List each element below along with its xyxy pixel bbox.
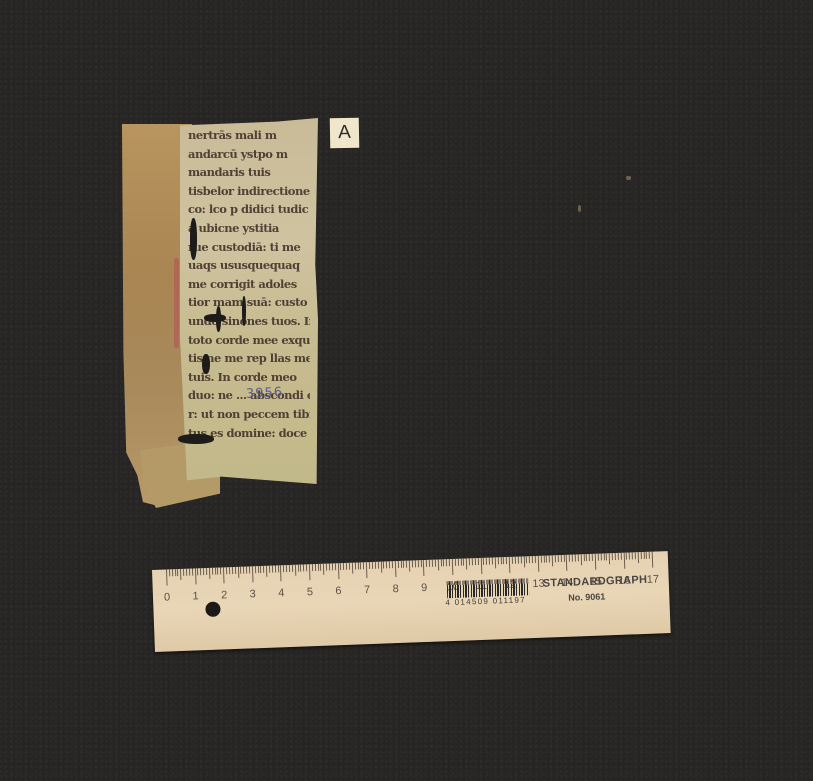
ruler-tick: [397, 561, 398, 568]
ruler-tick: [297, 565, 298, 572]
ruler-tick: [638, 552, 639, 563]
ruler-tick: [403, 561, 404, 568]
ruler-tick: [643, 552, 644, 559]
ruler-number: 5: [307, 586, 314, 598]
ruler-tick: [223, 567, 225, 583]
worm-hole: [190, 218, 197, 260]
ruler-tick: [409, 561, 410, 572]
ruler-tick: [437, 559, 438, 570]
ruler-tick: [423, 560, 425, 576]
ruler-tick: [518, 557, 519, 564]
ruler-tick: [532, 556, 533, 563]
text-line: mandaris tuis: [188, 163, 310, 182]
ruler-tick: [309, 564, 311, 580]
ruler-hanging-hole: [205, 602, 221, 618]
ruler-tick: [255, 566, 256, 573]
ruler-brand: STANDARDGRAPH: [543, 574, 648, 590]
ruler-tick: [495, 557, 496, 568]
scale-ruler: 01234567891011121314151617 4 014509 0111…: [152, 551, 671, 652]
text-line: tisbelor indirectione: [188, 182, 310, 201]
ruler-tick: [480, 558, 482, 574]
ruler-tick: [263, 566, 264, 573]
ruler-tick: [563, 555, 564, 562]
catalog-number: 3956: [246, 385, 284, 402]
text-line: toto corde mee exquisui: [188, 331, 310, 350]
ruler-tick: [395, 561, 397, 577]
worm-hole: [242, 296, 246, 326]
ruler-number: 7: [364, 584, 371, 596]
ruler-tick: [640, 552, 641, 559]
ruler-tick: [578, 554, 579, 561]
ruler-tick: [589, 554, 590, 561]
ruler-tick: [472, 558, 473, 565]
ruler-tick: [606, 553, 607, 560]
ruler-tick: [529, 556, 530, 563]
ruler-number: 0: [164, 591, 171, 603]
ruler-tick: [203, 568, 204, 575]
ruler-tick: [483, 558, 484, 565]
ruler-tick: [543, 556, 544, 563]
text-line: a ubicne ystitia: [188, 219, 310, 238]
ruler-tick: [283, 565, 284, 572]
ruler-tick: [460, 559, 461, 566]
ruler-tick: [292, 565, 293, 572]
ruler-number: 2: [221, 589, 228, 601]
ruler-tick: [598, 554, 599, 561]
ruler-tick: [469, 558, 470, 565]
ruler-tick: [426, 560, 427, 567]
ruler-tick: [509, 557, 511, 573]
ruler-tick: [458, 559, 459, 566]
rubric-stroke: [174, 258, 179, 348]
ruler-tick: [400, 561, 401, 568]
ruler-tick: [220, 567, 221, 574]
ruler-tick: [626, 553, 627, 560]
ruler-tick: [535, 556, 536, 563]
ruler-tick: [623, 553, 625, 569]
ruler-tick: [652, 552, 654, 568]
manuscript-fragment: nertrās mali m andarcū ystpo m mandaris …: [122, 118, 318, 510]
ruler-tick: [232, 567, 233, 574]
ruler-tick: [380, 562, 381, 573]
ruler-tick: [169, 569, 170, 576]
ruler-tick: [560, 555, 561, 562]
text-line: tior mam suā: custo: [188, 293, 310, 312]
ruler-tick: [463, 559, 464, 566]
ruler-tick: [192, 569, 193, 576]
ruler-tick: [337, 563, 339, 579]
ruler-tick: [266, 566, 267, 577]
ruler-tick: [226, 567, 227, 574]
ruler-tick: [246, 567, 247, 574]
ruler-tick: [569, 555, 570, 562]
ruler-tick: [306, 564, 307, 571]
ruler-tick: [195, 568, 197, 584]
ruler-tick: [383, 561, 384, 568]
ruler-tick: [572, 555, 573, 562]
ruler-tick: [286, 565, 287, 572]
ruler-tick: [375, 562, 376, 569]
ruler-tick: [346, 563, 347, 570]
ruler-tick: [343, 563, 344, 570]
ruler-tick: [177, 569, 178, 576]
barcode-digits: 4 014509 011197: [445, 595, 526, 607]
ruler-tick: [489, 558, 490, 565]
ruler-tick: [320, 564, 321, 571]
text-line: nertrās mali m: [188, 126, 310, 145]
ruler-tick: [586, 554, 587, 561]
ruler-tick: [237, 567, 238, 578]
ruler-tick: [392, 561, 393, 568]
ruler-tick: [609, 553, 610, 564]
ruler-tick: [506, 557, 507, 564]
ruler-tick: [315, 564, 316, 571]
ruler-tick: [200, 568, 201, 575]
worm-hole: [178, 434, 214, 444]
ruler-tick: [386, 561, 387, 568]
ruler-number: 9: [421, 582, 428, 594]
ruler-tick: [389, 561, 390, 568]
ruler-tick: [429, 560, 430, 567]
ruler-tick: [566, 555, 568, 571]
ruler-tick: [435, 560, 436, 567]
ruler-tick: [546, 556, 547, 563]
ruler-tick: [377, 562, 378, 569]
ruler-model: No. 9061: [568, 591, 605, 602]
ruler-tick: [592, 554, 593, 561]
ruler-tick: [172, 569, 173, 576]
ruler-tick: [189, 569, 190, 576]
ruler-tick: [363, 562, 364, 569]
ruler-tick: [540, 556, 541, 563]
ruler-tick: [340, 563, 341, 570]
ruler-tick: [649, 552, 650, 559]
text-line: rue custodiā: ti me: [188, 238, 310, 257]
ruler-tick: [277, 565, 278, 572]
ruler-tick: [549, 555, 550, 562]
ruler-tick: [500, 557, 501, 564]
ruler-tick: [186, 569, 187, 576]
ruler-tick: [206, 568, 207, 575]
ruler-tick: [197, 568, 198, 575]
ruler-tick: [183, 569, 184, 576]
ruler-tick: [317, 564, 318, 571]
ruler-tick: [432, 560, 433, 567]
ruler-tick: [326, 564, 327, 571]
text-line: me corrigit adoles: [188, 275, 310, 294]
ruler-tick: [440, 559, 441, 566]
ruler-tick: [349, 563, 350, 570]
ruler-tick: [615, 553, 616, 560]
ruler-tick: [252, 566, 254, 582]
specimen-label: A: [330, 118, 360, 149]
worm-hole: [204, 314, 226, 322]
ruler-tick: [235, 567, 236, 574]
ruler-tick: [275, 565, 276, 572]
ruler-tick: [215, 568, 216, 575]
ruler-tick: [360, 562, 361, 569]
ruler-tick: [332, 563, 333, 570]
ruler-tick: [503, 557, 504, 564]
ruler-tick: [629, 552, 630, 559]
ruler-tick: [260, 566, 261, 573]
worm-hole: [216, 306, 221, 332]
ruler-tick: [486, 558, 487, 565]
ruler-tick: [446, 559, 447, 566]
ruler-tick: [455, 559, 456, 566]
ruler-tick: [515, 557, 516, 564]
ruler-tick: [369, 562, 370, 569]
ruler-tick: [243, 567, 244, 574]
ruler-tick: [449, 559, 450, 566]
ruler-number: 8: [392, 583, 399, 595]
ruler-tick: [466, 558, 467, 569]
ruler-tick: [512, 557, 513, 564]
ruler-tick: [498, 557, 499, 564]
ruler-tick: [166, 569, 168, 585]
ruler-number: 4: [278, 587, 285, 599]
ruler-tick: [249, 566, 250, 573]
ruler-tick: [520, 556, 521, 563]
ruler-tick: [523, 556, 524, 567]
ruler-tick: [632, 552, 633, 559]
ruler-tick: [575, 554, 576, 561]
ruler-tick: [312, 564, 313, 571]
ruler-tick: [646, 552, 647, 559]
ruler-tick: [366, 562, 368, 578]
ruler-tick: [635, 552, 636, 559]
ruler-tick: [323, 564, 324, 575]
ruler-tick: [217, 568, 218, 575]
ruler-tick: [538, 556, 540, 572]
text-line: uaqs ususquequaq: [188, 256, 310, 275]
ruler-tick: [600, 554, 601, 561]
worm-hole: [202, 354, 210, 374]
felt-speck: [626, 176, 631, 180]
ruler-tick: [552, 555, 553, 566]
ruler-tick: [175, 569, 176, 576]
ruler-tick: [295, 565, 296, 576]
ruler-tick: [415, 560, 416, 567]
ruler-tick: [595, 554, 597, 570]
ruler-tick: [212, 568, 213, 575]
ruler-tick: [303, 564, 304, 571]
ruler-tick: [257, 566, 258, 573]
ruler-tick: [240, 567, 241, 574]
ruler-tick: [329, 563, 330, 570]
ruler-tick: [180, 569, 181, 580]
ruler-tick: [526, 556, 527, 563]
ruler-number: 3: [249, 588, 256, 600]
ruler-tick: [229, 567, 230, 574]
ruler-tick: [558, 555, 559, 562]
ruler-tick: [300, 565, 301, 572]
ruler-tick: [612, 553, 613, 560]
ruler-tick: [406, 561, 407, 568]
ruler-tick: [478, 558, 479, 565]
text-line: co: lco p didici tudic: [188, 200, 310, 219]
ruler-tick: [357, 562, 358, 569]
felt-speck: [578, 205, 581, 212]
ruler-tick: [289, 565, 290, 572]
ruler-tick: [620, 553, 621, 560]
ruler-tick: [209, 568, 210, 579]
ruler-tick: [420, 560, 421, 567]
ruler-tick: [583, 554, 584, 561]
ruler-tick: [269, 566, 270, 573]
ruler-tick: [272, 566, 273, 573]
ruler-number: 17: [647, 573, 660, 585]
ruler-tick: [580, 554, 581, 565]
ruler-tick: [355, 563, 356, 570]
ruler-number: 6: [335, 585, 342, 597]
ruler-tick: [372, 562, 373, 569]
ruler-tick: [443, 559, 444, 566]
ruler-number: 1: [192, 590, 199, 602]
ruler-tick: [492, 558, 493, 565]
text-line: r: ut non peccem tibi. Bndic: [188, 405, 310, 424]
ruler-tick: [417, 560, 418, 567]
ruler-tick: [412, 560, 413, 567]
text-line: andarcū ystpo m: [188, 145, 310, 164]
ruler-tick: [335, 563, 336, 570]
ruler-tick: [280, 565, 282, 581]
ruler-tick: [603, 553, 604, 560]
ruler-tick: [352, 563, 353, 574]
ruler-tick: [618, 553, 619, 560]
ruler-tick: [555, 555, 556, 562]
ruler-tick: [452, 559, 454, 575]
ruler-tick: [475, 558, 476, 565]
